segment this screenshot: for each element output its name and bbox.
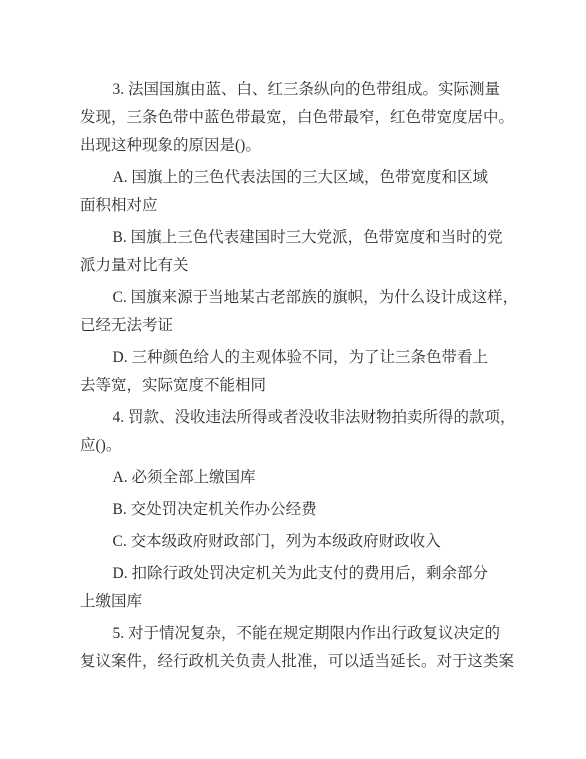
text-line: 5. 对于情况复杂，不能在规定期限内作出行政复议决定的 xyxy=(80,620,508,648)
text-line: 3. 法国国旗由蓝、白、红三条纵向的色带组成。实际测量 xyxy=(80,76,508,104)
text-line: B. 国旗上三色代表建国时三大党派，色带宽度和当时的党 xyxy=(80,224,508,252)
question-5-stem: 5. 对于情况复杂，不能在规定期限内作出行政复议决定的 复议案件，经行政机关负责… xyxy=(80,620,508,676)
text-line: D. 扣除行政处罚决定机关为此支付的费用后，剩余部分 xyxy=(80,560,508,588)
text-line: C. 交本级政府财政部门，列为本级政府财政收入 xyxy=(80,528,508,556)
document-page: 3. 法国国旗由蓝、白、红三条纵向的色带组成。实际测量 发现，三条色带中蓝色带最… xyxy=(0,0,586,759)
text-line: 去等宽，实际宽度不能相同 xyxy=(80,372,508,400)
question-4-option-d: D. 扣除行政处罚决定机关为此支付的费用后，剩余部分 上缴国库 xyxy=(80,560,508,616)
text-line: A. 必须全部上缴国库 xyxy=(80,464,508,492)
text-line: 4. 罚款、没收违法所得或者没收非法财物拍卖所得的款项， xyxy=(80,404,508,432)
text-line: 面积相对应 xyxy=(80,192,508,220)
text-line: B. 交处罚决定机关作办公经费 xyxy=(80,496,508,524)
text-line: 发现，三条色带中蓝色带最宽，白色带最窄，红色带宽度居中。 xyxy=(80,104,508,132)
question-4-stem: 4. 罚款、没收违法所得或者没收非法财物拍卖所得的款项， 应()。 xyxy=(80,404,508,460)
text-line: 出现这种现象的原因是()。 xyxy=(80,132,508,160)
question-3-option-a: A. 国旗上的三色代表法国的三大区域，色带宽度和区域 面积相对应 xyxy=(80,164,508,220)
question-4-option-a: A. 必须全部上缴国库 xyxy=(80,464,508,492)
question-4-option-c: C. 交本级政府财政部门，列为本级政府财政收入 xyxy=(80,528,508,556)
text-line: 派力量对比有关 xyxy=(80,252,508,280)
question-3-option-c: C. 国旗来源于当地某古老部族的旗帜，为什么设计成这样， 已经无法考证 xyxy=(80,284,508,340)
question-3-stem: 3. 法国国旗由蓝、白、红三条纵向的色带组成。实际测量 发现，三条色带中蓝色带最… xyxy=(80,76,508,160)
question-4-option-b: B. 交处罚决定机关作办公经费 xyxy=(80,496,508,524)
text-line: D. 三种颜色给人的主观体验不同，为了让三条色带看上 xyxy=(80,344,508,372)
question-3-option-b: B. 国旗上三色代表建国时三大党派，色带宽度和当时的党 派力量对比有关 xyxy=(80,224,508,280)
text-line: 应()。 xyxy=(80,432,508,460)
text-line: 复议案件，经行政机关负责人批准，可以适当延长。对于这类案 xyxy=(80,648,508,676)
text-line: A. 国旗上的三色代表法国的三大区域，色带宽度和区域 xyxy=(80,164,508,192)
question-3-option-d: D. 三种颜色给人的主观体验不同，为了让三条色带看上 去等宽，实际宽度不能相同 xyxy=(80,344,508,400)
text-line: C. 国旗来源于当地某古老部族的旗帜，为什么设计成这样， xyxy=(80,284,508,312)
text-line: 上缴国库 xyxy=(80,588,508,616)
text-line: 已经无法考证 xyxy=(80,312,508,340)
